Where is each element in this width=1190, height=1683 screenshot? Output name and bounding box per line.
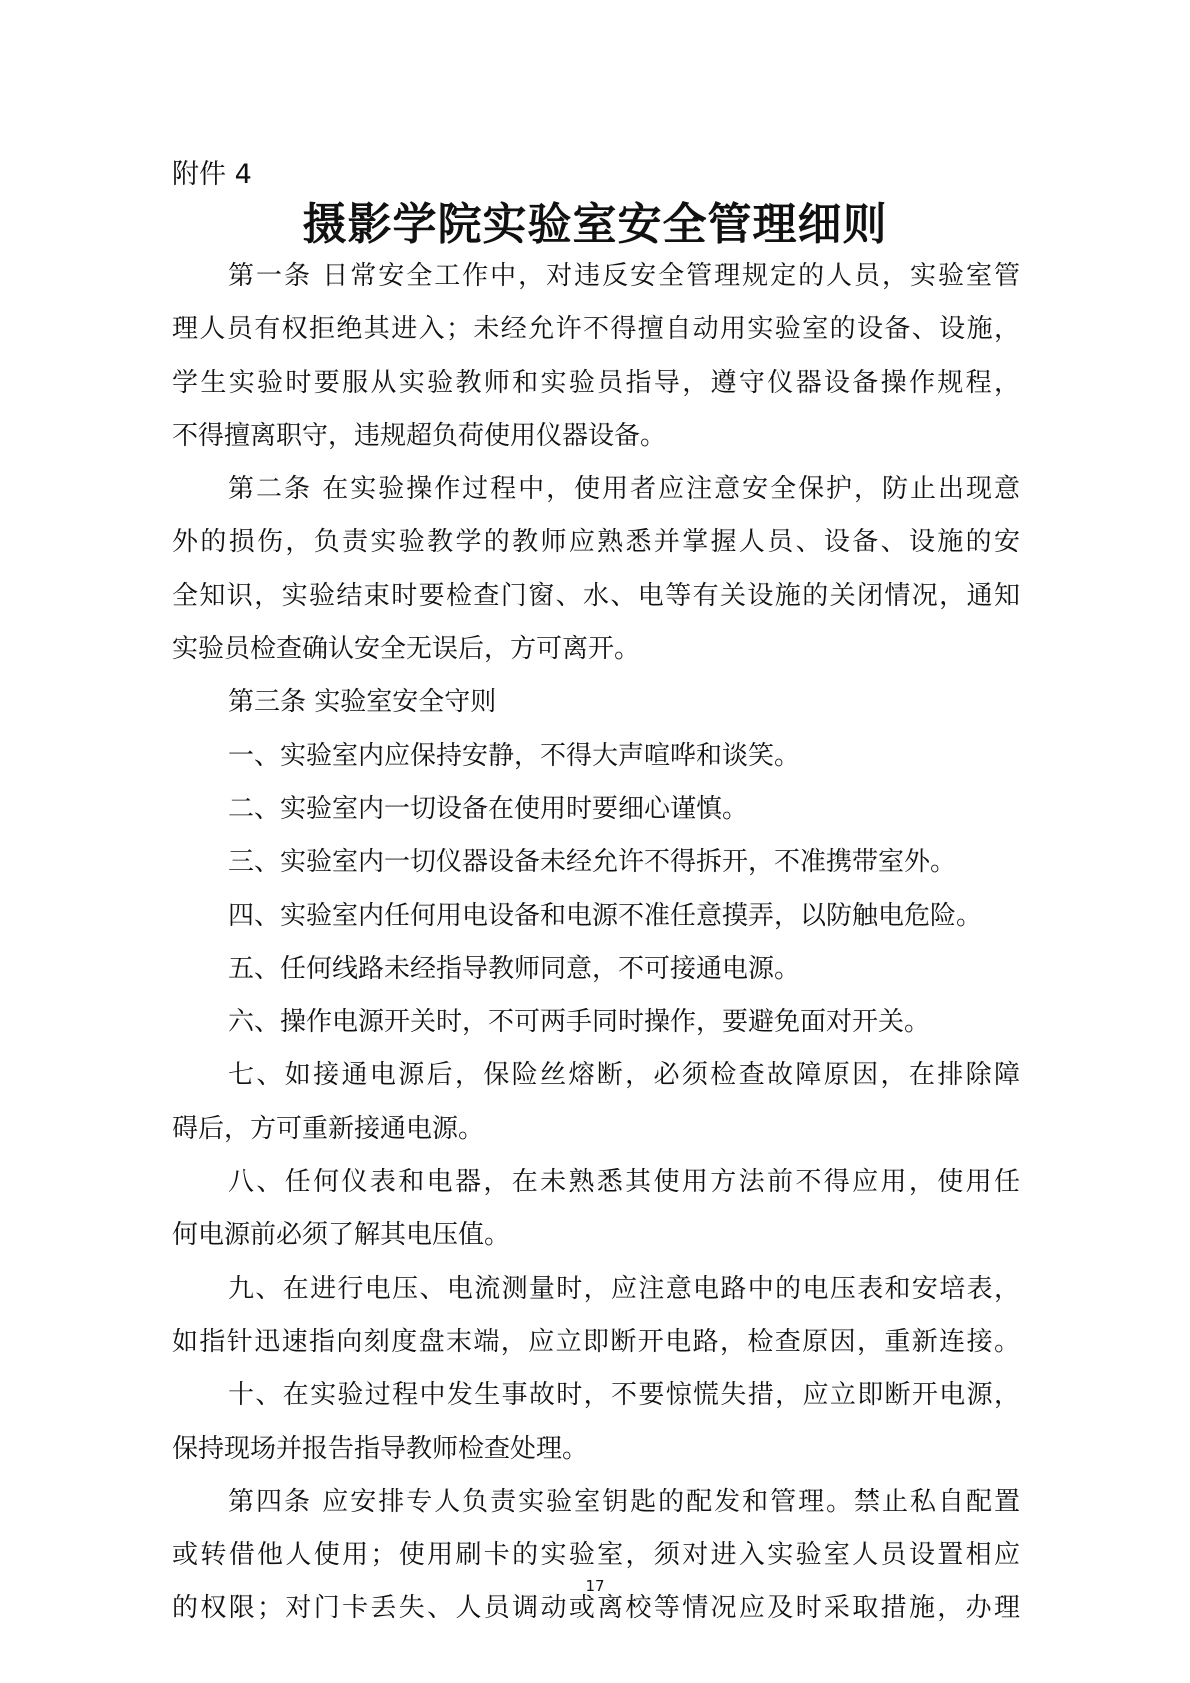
text-line: 五、任何线路未经指导教师同意，不可接通电源。 (172, 943, 1020, 996)
text-line: 保持现场并报告指导教师检查处理。 (172, 1423, 1020, 1476)
text-line: 二、实验室内一切设备在使用时要细心谨慎。 (172, 783, 1020, 836)
text-line: 外的损伤，负责实验教学的教师应熟悉并掌握人员、设备、设施的安 (172, 516, 1020, 569)
text-line: 实验员检查确认安全无误后，方可离开。 (172, 623, 1020, 676)
page-number: 17 (0, 1577, 1190, 1595)
text-line: 四、实验室内任何用电设备和电源不准任意摸弄，以防触电危险。 (172, 890, 1020, 943)
document-body: 第一条 日常安全工作中，对违反安全管理规定的人员，实验室管理人员有权拒绝其进入；… (172, 250, 1020, 1636)
text-line: 或转借他人使用；使用刷卡的实验室，须对进入实验室人员设置相应 (172, 1529, 1020, 1582)
text-line: 理人员有权拒绝其进入；未经允许不得擅自动用实验室的设备、设施， (172, 303, 1020, 356)
text-line: 九、在进行电压、电流测量时，应注意电路中的电压表和安培表， (172, 1263, 1020, 1316)
text-line: 十、在实验过程中发生事故时，不要惊慌失措，应立即断开电源， (172, 1369, 1020, 1422)
text-line: 何电源前必须了解其电压值。 (172, 1209, 1020, 1262)
text-line: 七、如接通电源后，保险丝熔断，必须检查故障原因，在排除障 (172, 1049, 1020, 1102)
document-title: 摄影学院实验室安全管理细则 (0, 188, 1190, 252)
text-line: 碍后，方可重新接通电源。 (172, 1103, 1020, 1156)
text-line: 如指针迅速指向刻度盘末端，应立即断开电路，检查原因，重新连接。 (172, 1316, 1020, 1369)
text-line: 全知识，实验结束时要检查门窗、水、电等有关设施的关闭情况，通知 (172, 570, 1020, 623)
text-line: 八、任何仪表和电器，在未熟悉其使用方法前不得应用，使用任 (172, 1156, 1020, 1209)
attachment-label: 附件 4 (172, 152, 252, 191)
text-line: 一、实验室内应保持安静，不得大声喧哗和谈笑。 (172, 730, 1020, 783)
text-line: 第四条 应安排专人负责实验室钥匙的配发和管理。禁止私自配置 (172, 1476, 1020, 1529)
text-line: 不得擅离职守，违规超负荷使用仪器设备。 (172, 410, 1020, 463)
text-line: 第一条 日常安全工作中，对违反安全管理规定的人员，实验室管 (172, 250, 1020, 303)
text-line: 第二条 在实验操作过程中，使用者应注意安全保护，防止出现意 (172, 463, 1020, 516)
text-line: 六、操作电源开关时，不可两手同时操作，要避免面对开关。 (172, 996, 1020, 1049)
text-line: 学生实验时要服从实验教师和实验员指导，遵守仪器设备操作规程， (172, 357, 1020, 410)
text-line: 第三条 实验室安全守则 (172, 676, 1020, 729)
text-line: 三、实验室内一切仪器设备未经允许不得拆开，不准携带室外。 (172, 836, 1020, 889)
